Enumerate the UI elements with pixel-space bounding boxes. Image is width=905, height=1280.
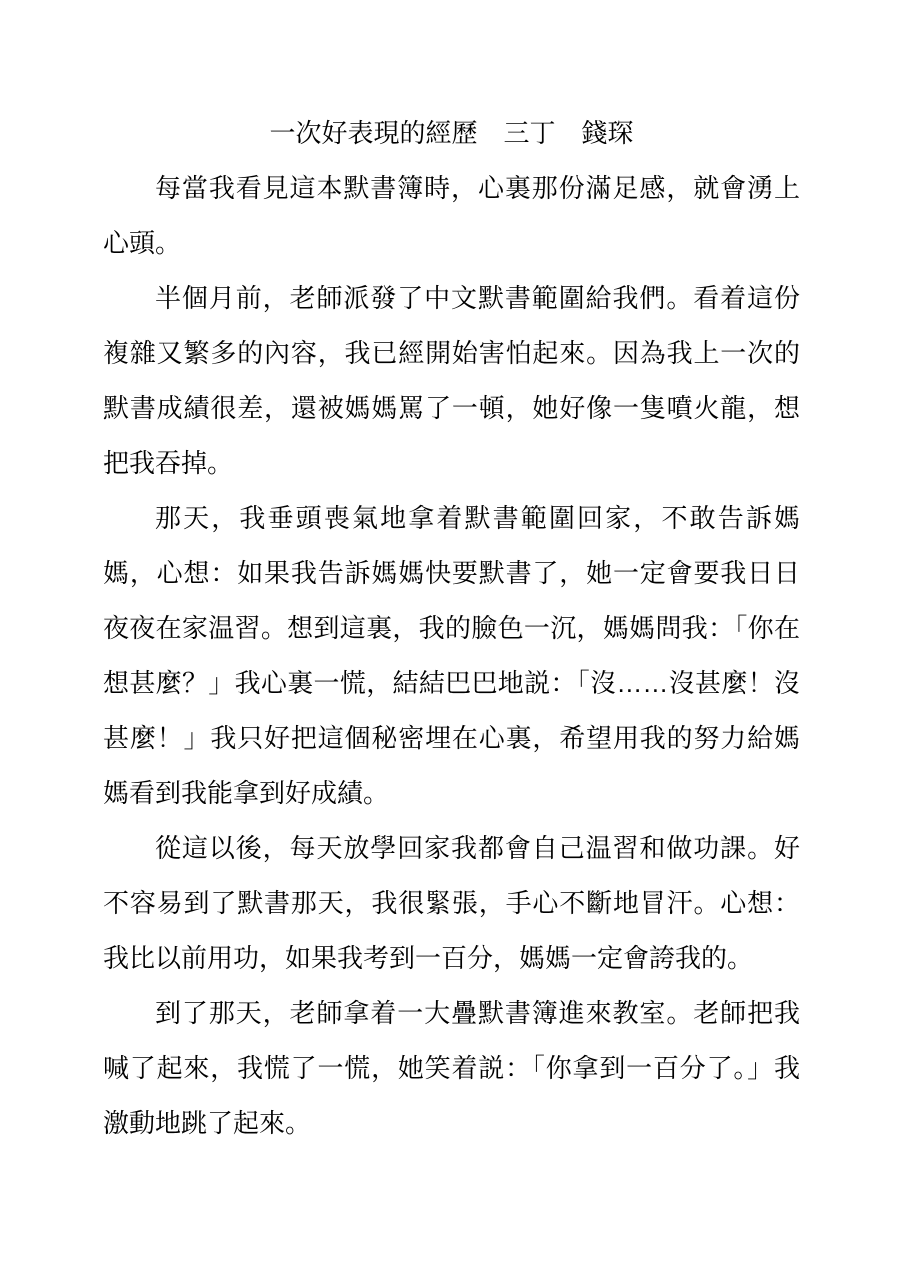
essay-paragraph-2: 半個月前，老師派發了中文默書範圍給我們。看着這份複雜又繁多的內容，我已經開始害怕…: [103, 271, 800, 491]
document-page: 一次好表現的經歷 三丁 錢琛 每當我看見這本默書簿時，心裏那份滿足感，就會湧上心…: [0, 0, 905, 1280]
essay-body: 每當我看見這本默書簿時，心裏那份滿足感，就會湧上心頭。 半個月前，老師派發了中文…: [103, 161, 800, 1151]
essay-title: 一次好表現的經歷 三丁 錢琛: [103, 106, 800, 161]
essay-paragraph-3: 那天，我垂頭喪氣地拿着默書範圍回家，不敢告訴媽媽，心想：如果我告訴媽媽快要默書了…: [103, 491, 800, 821]
essay-paragraph-4: 從這以後，每天放學回家我都會自己温習和做功課。好不容易到了默書那天，我很緊張，手…: [103, 821, 800, 986]
essay-paragraph-5: 到了那天，老師拿着一大疊默書簿進來教室。老師把我喊了起來，我慌了一慌，她笑着説：…: [103, 986, 800, 1151]
essay-paragraph-1: 每當我看見這本默書簿時，心裏那份滿足感，就會湧上心頭。: [103, 161, 800, 271]
